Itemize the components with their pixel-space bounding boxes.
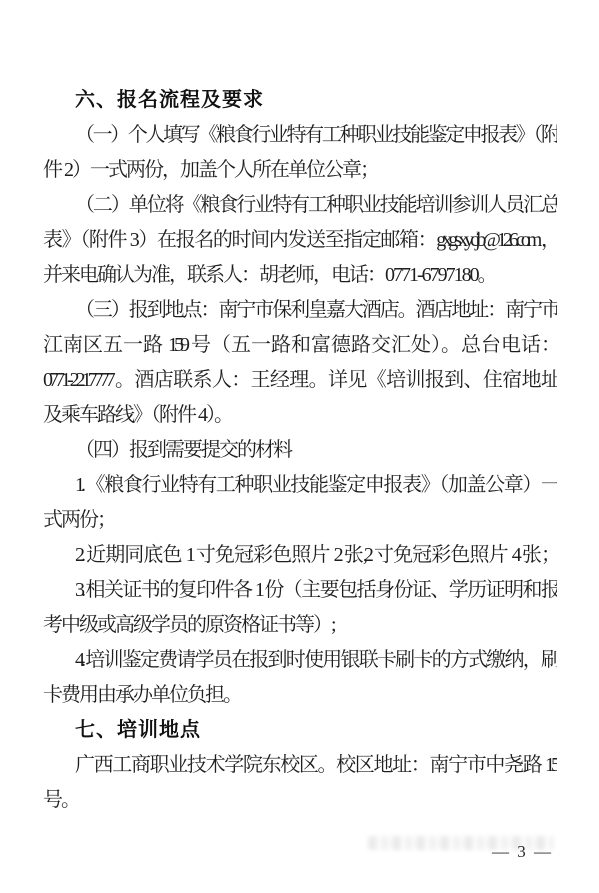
list-item-3: 3. 相关证书的复印件各 1 份（主要包括身份证、学历证明和报 考中级或高级学员… bbox=[43, 573, 557, 643]
text-line: 及乘车路线》（附件 4）。 bbox=[43, 398, 557, 433]
text-line: 件 2）一式两份，加盖个人所在单位公章； bbox=[43, 153, 557, 188]
text-line: 并来电确认为准，联系人：胡老师，电话：0771-6797180。 bbox=[43, 258, 557, 293]
section-heading-7: 七、培训地点 bbox=[43, 713, 557, 748]
text-line: 广西工商职业技术学院东校区。校区地址：南宁市中尧路 15 bbox=[43, 748, 557, 783]
text-line: 表》（附件 3）在报名的时间内发送至指定邮箱：gxgsxycjb@126.com… bbox=[43, 223, 557, 258]
section-heading-6: 六、报名流程及要求 bbox=[43, 83, 557, 118]
document-page: 六、报名流程及要求 （一）个人填写《粮食行业特有工种职业技能鉴定申报表》（附 件… bbox=[0, 0, 599, 893]
paragraph-training-location: 广西工商职业技术学院东校区。校区地址：南宁市中尧路 15 号。 bbox=[43, 748, 557, 818]
text-line: 4. 培训鉴定费请学员在报到时使用银联卡刷卡的方式缴纳，刷 bbox=[43, 643, 557, 678]
paragraph-unit-email: （二）单位将《粮食行业特有工种职业技能培训参训人员汇总 表》（附件 3）在报名的… bbox=[43, 188, 557, 293]
text-line: 1. 《粮食行业特有工种职业技能鉴定申报表》（加盖公章）一 bbox=[43, 468, 557, 503]
paragraph-materials-heading: （四）报到需要提交的材料 bbox=[43, 433, 557, 468]
section-6-title: 六、报名流程及要求 bbox=[43, 83, 557, 118]
text-line: 卡费用由承办单位负担。 bbox=[43, 678, 557, 713]
text-line: 江南区五一路 159 号（五一路和富德路交汇处）。总台电话： bbox=[43, 328, 557, 363]
text-line: 3. 相关证书的复印件各 1 份（主要包括身份证、学历证明和报 bbox=[43, 573, 557, 608]
text-line: 0771-2217777。酒店联系人：王经理。详见《培训报到、住宿地址 bbox=[43, 363, 557, 398]
section-7-title: 七、培训地点 bbox=[43, 713, 557, 748]
text-line: （四）报到需要提交的材料 bbox=[43, 433, 557, 468]
document-body: 六、报名流程及要求 （一）个人填写《粮食行业特有工种职业技能鉴定申报表》（附 件… bbox=[43, 83, 557, 818]
text-line: 式两份； bbox=[43, 503, 557, 538]
text-line: 2. 近期同底色 1 寸免冠彩色照片 2 张,2 寸免冠彩色照片 4 张； bbox=[43, 538, 557, 573]
page-number: — 3 — bbox=[492, 842, 553, 862]
list-item-4: 4. 培训鉴定费请学员在报到时使用银联卡刷卡的方式缴纳，刷 卡费用由承办单位负担… bbox=[43, 643, 557, 713]
text-line: 考中级或高级学员的原资格证书等）; bbox=[43, 608, 557, 643]
list-item-1: 1. 《粮食行业特有工种职业技能鉴定申报表》（加盖公章）一 式两份； bbox=[43, 468, 557, 538]
paragraph-checkin-location: （三）报到地点：南宁市保利皇嘉大酒店。酒店地址：南宁市 江南区五一路 159 号… bbox=[43, 293, 557, 433]
paragraph-individual-form: （一）个人填写《粮食行业特有工种职业技能鉴定申报表》（附 件 2）一式两份，加盖… bbox=[43, 118, 557, 188]
text-line: （二）单位将《粮食行业特有工种职业技能培训参训人员汇总 bbox=[43, 188, 557, 223]
text-line: 号。 bbox=[43, 783, 557, 818]
text-line: （一）个人填写《粮食行业特有工种职业技能鉴定申报表》（附 bbox=[43, 118, 557, 153]
text-line: （三）报到地点：南宁市保利皇嘉大酒店。酒店地址：南宁市 bbox=[43, 293, 557, 328]
list-item-2: 2. 近期同底色 1 寸免冠彩色照片 2 张,2 寸免冠彩色照片 4 张； bbox=[43, 538, 557, 573]
